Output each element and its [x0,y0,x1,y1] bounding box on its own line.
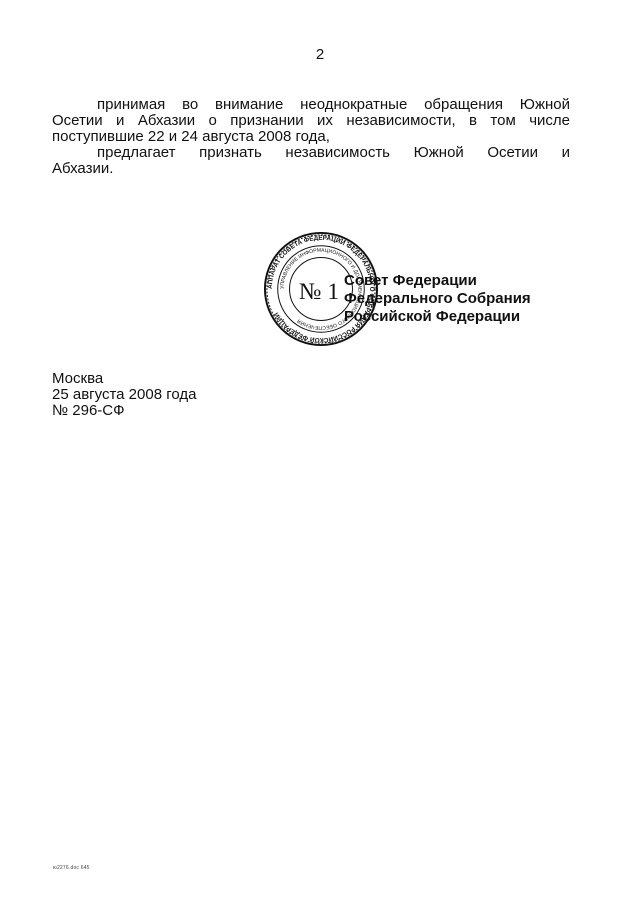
signatory-line: Федерального Собрания [344,290,531,308]
paragraph-line: предлагает признать независимость Южной … [52,145,570,161]
paragraph-line: поступившие 22 и 24 августа 2008 года, [52,129,570,145]
document-number: № 296-СФ [52,403,196,419]
city: Москва [52,371,196,387]
signatory-line: Российской Федерации [344,308,531,326]
document-body: принимая во внимание неоднократные обращ… [52,97,570,177]
date: 25 августа 2008 года [52,387,196,403]
page-number: 2 [0,46,640,63]
signature-block: АППАРАТ СОВЕТА ФЕДЕРАЦИИ ФЕДЕРАЛЬНОГО СО… [262,230,562,360]
paragraph-line: Абхазии. [52,161,570,177]
paragraph-line: принимая во внимание неоднократные обращ… [52,97,570,113]
seal-center-text: № 1 [299,279,339,305]
signatory: Совет Федерации Федерального Собрания Ро… [344,272,531,326]
signatory-line: Совет Федерации [344,272,531,290]
paragraph-line: Осетии и Абхазии о признании их независи… [52,113,570,129]
place-date-block: Москва 25 августа 2008 года № 296-СФ [52,371,196,419]
footer-code: ю2276.doc 645 [53,865,90,871]
